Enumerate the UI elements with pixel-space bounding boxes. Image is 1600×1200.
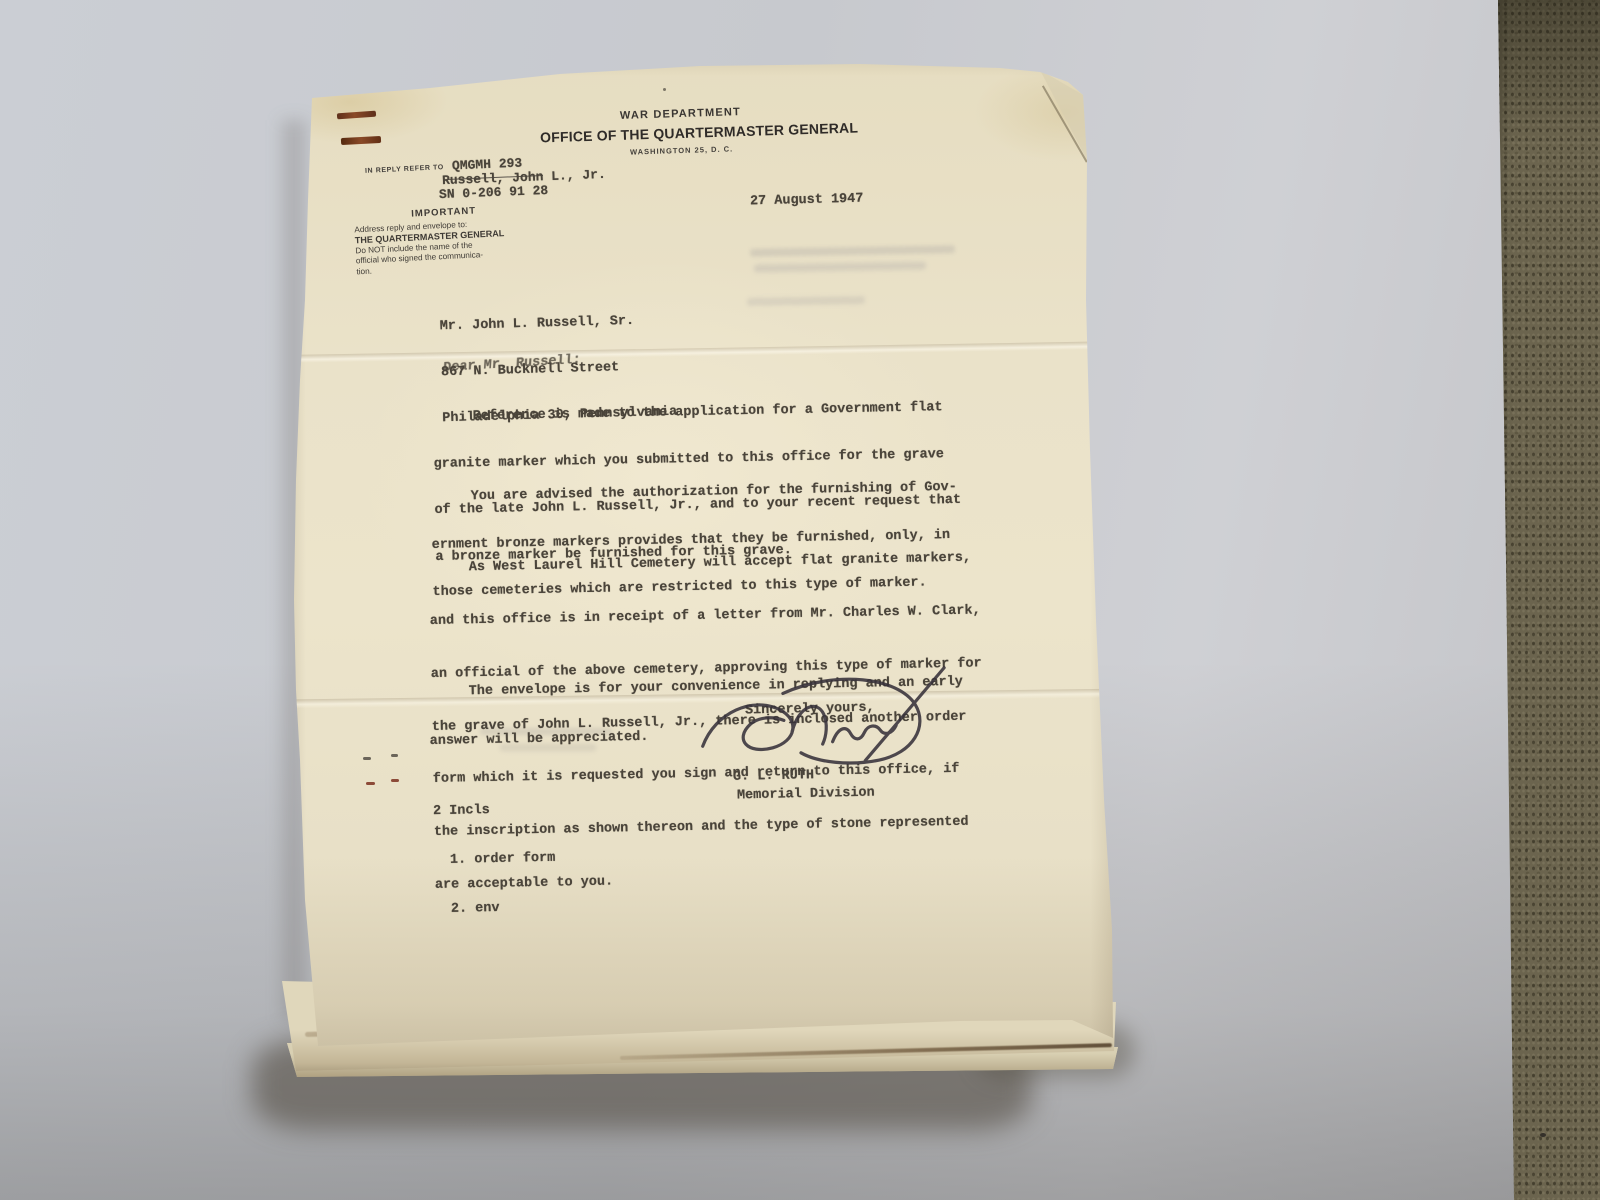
ink-showthrough-line [750, 245, 955, 257]
photo-of-letter: WAR DEPARTMENT OFFICE OF THE QUARTERMAST… [0, 0, 1600, 1200]
red-dash-mark [366, 782, 375, 785]
pencil-dash-mark [391, 754, 398, 757]
red-dash-mark [391, 779, 399, 782]
letter-page [290, 60, 1120, 1055]
paper-speck [663, 88, 666, 91]
rust-staple-mark-2 [341, 136, 381, 145]
upper-fold-crease [285, 341, 1130, 363]
ink-showthrough-line [500, 744, 596, 751]
pencil-dash-mark [363, 757, 371, 760]
ink-showthrough-line [480, 728, 612, 735]
ink-showthrough-line [747, 296, 865, 306]
rust-staple-mark [337, 111, 376, 120]
ink-showthrough-line [754, 261, 926, 272]
lower-fold-crease [285, 688, 1130, 708]
carpet-speck [1540, 1133, 1546, 1137]
